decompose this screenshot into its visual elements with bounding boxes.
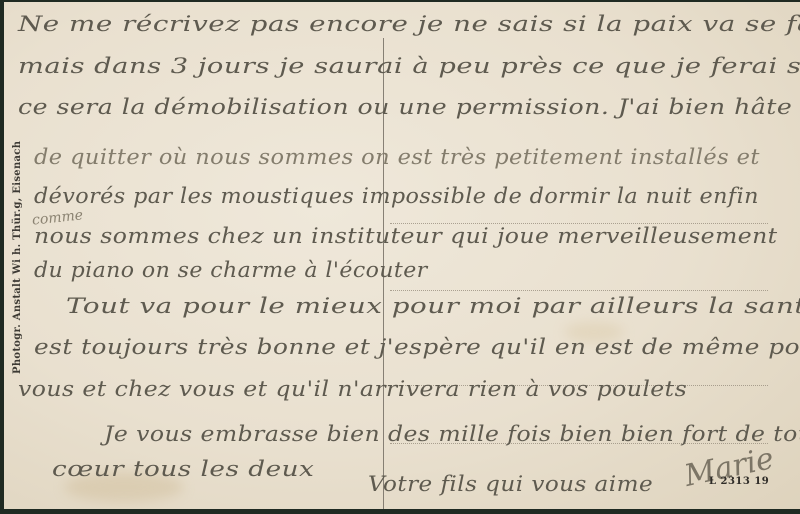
serial-number: L 2313 19	[709, 476, 769, 487]
letter-line: Ne me récrivez pas encore je ne sais si …	[18, 12, 800, 36]
letter-closing: Votre fils qui vous aime	[368, 472, 653, 496]
address-dotted-line	[390, 290, 768, 291]
letter-line: nous sommes chez un instituteur qui joue…	[34, 224, 778, 248]
publisher-imprint: Photogr. Anstalt Wi h. Thür.g, Eisenach	[12, 141, 23, 374]
letter-line: est toujours très bonne et j'espère qu'i…	[34, 335, 800, 359]
letter-line: du piano on se charme à l'écouter	[34, 258, 428, 282]
letter-line: vous et chez vous et qu'il n'arrivera ri…	[18, 377, 687, 401]
letter-line: ce sera la démobilisation ou une permiss…	[18, 95, 792, 119]
postcard-back: Photogr. Anstalt Wi h. Thür.g, Eisenach …	[4, 2, 800, 509]
letter-line: dévorés par les moustiques impossible de…	[34, 184, 759, 208]
letter-line: mais dans 3 jours je saurai à peu près c…	[18, 54, 800, 78]
letter-line: cœur tous les deux	[52, 457, 314, 481]
letter-line: Je vous embrasse bien des mille fois bie…	[104, 422, 800, 446]
letter-line: de quitter où nous sommes on est très pe…	[34, 145, 760, 169]
letter-line: Tout va pour le mieux pour moi par aille…	[66, 294, 800, 318]
